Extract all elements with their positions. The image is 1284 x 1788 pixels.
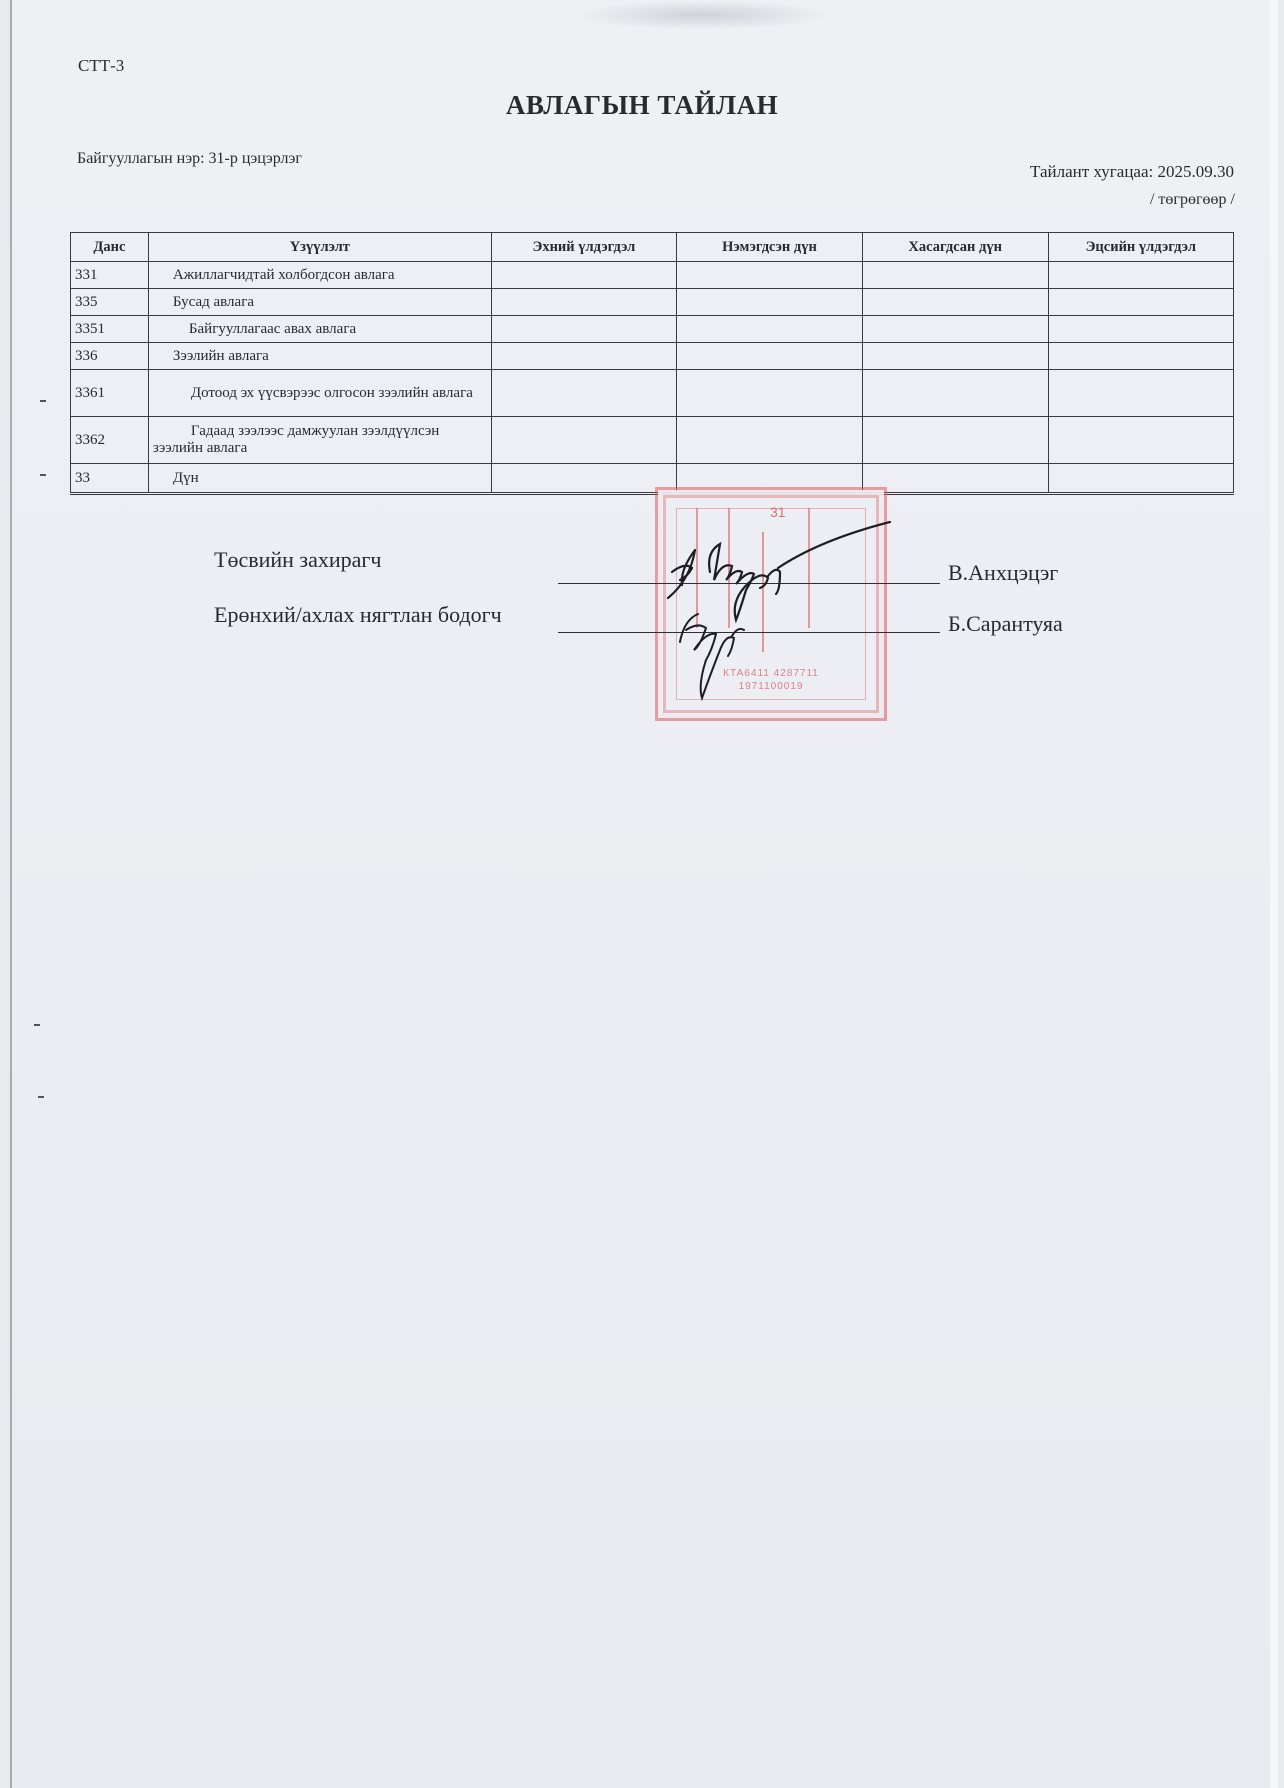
signatory-name-2: Б.Сарантуяа [948,611,1063,637]
opening-cell [491,262,676,289]
receivables-table: Данс Үзүүлэлт Эхний үлдэгдэл Нэмэгдсэн д… [70,232,1234,495]
table-total-row: 33 Дүн [71,464,1234,494]
added-cell [677,343,863,370]
description-cell: Гадаад зээлээс дамжуулан зээлдүүлсэн зээ… [148,417,491,464]
table-row: 331 Ажиллагчидтай холбогдсон авлага [71,262,1234,289]
account-cell: 3351 [71,316,149,343]
closing-cell [1048,370,1233,417]
deducted-cell [862,370,1048,417]
added-cell [677,289,863,316]
closing-cell [1048,417,1233,464]
header-account: Данс [71,233,149,262]
deducted-cell [862,262,1048,289]
closing-cell [1048,464,1233,494]
opening-cell [491,343,676,370]
header-opening: Эхний үлдэгдэл [491,233,676,262]
description-cell: Ажиллагчидтай холбогдсон авлага [148,262,491,289]
opening-cell [491,289,676,316]
account-cell: 335 [71,289,149,316]
added-cell [677,316,863,343]
deducted-cell [862,289,1048,316]
opening-cell [491,417,676,464]
signatory-name-1: В.Анхцэцэг [948,560,1058,586]
official-stamp: 31 КТА6411 4287711 1971100019 [655,487,887,721]
deducted-cell [862,343,1048,370]
currency-unit: / төгрөгөөр / [1150,191,1235,209]
table-row: 3362 Гадаад зээлээс дамжуулан зээлдүүлсэ… [71,417,1234,464]
stamp-script-column [762,532,774,652]
stamp-script-column [728,508,740,628]
description-cell: Дотоод эх үүсвэрээс олгосон зээлийн авла… [148,370,491,417]
description-cell: Бусад авлага [148,289,491,316]
signatory-role-1: Төсвийн захирагч [214,547,382,573]
stamp-script-column [696,508,708,628]
account-cell: 331 [71,262,149,289]
header-closing: Эцсийн үлдэгдэл [1048,233,1233,262]
table-row: 3351 Байгууллагаас авах авлага [71,316,1234,343]
form-code: СТТ-3 [78,56,124,76]
stamp-code-1: КТА6411 4287711 [658,668,884,679]
scan-artifact [40,474,46,476]
description-cell: Зээлийн авлага [148,343,491,370]
scan-smudge [572,0,832,30]
deducted-cell [862,464,1048,494]
table-row: 335 Бусад авлага [71,289,1234,316]
account-cell: 336 [71,343,149,370]
opening-cell [491,370,676,417]
closing-cell [1048,316,1233,343]
opening-cell [491,316,676,343]
account-cell: 33 [71,464,149,494]
signature-line-1 [558,583,940,584]
stamp-number: 31 [770,504,786,520]
deducted-cell [862,417,1048,464]
page-edge [1270,0,1278,1788]
description-cell: Дүн [148,464,491,494]
closing-cell [1048,262,1233,289]
report-period: Тайлант хугацаа: 2025.09.30 [1030,162,1234,182]
scan-artifact [40,400,46,402]
table-header-row: Данс Үзүүлэлт Эхний үлдэгдэл Нэмэгдсэн д… [71,233,1234,262]
table-row: 3361 Дотоод эх үүсвэрээс олгосон зээлийн… [71,370,1234,417]
added-cell [677,262,863,289]
deducted-cell [862,316,1048,343]
added-cell [677,417,863,464]
header-deducted: Хасагдсан дүн [862,233,1048,262]
added-cell [677,370,863,417]
header-description: Үзүүлэлт [148,233,491,262]
scan-artifact [34,1024,40,1026]
stamp-script-column [808,508,820,628]
closing-cell [1048,343,1233,370]
table-row: 336 Зээлийн авлага [71,343,1234,370]
header-added: Нэмэгдсэн дүн [677,233,863,262]
organization-name: Байгууллагын нэр: 31-р цэцэрлэг [77,150,302,168]
closing-cell [1048,289,1233,316]
scan-artifact [38,1096,44,1098]
account-cell: 3361 [71,370,149,417]
signatory-role-2: Ерөнхий/ахлах нягтлан бодогч [214,602,502,628]
opening-cell [491,464,676,494]
signature-line-2 [558,632,940,633]
description-cell: Байгууллагаас авах авлага [148,316,491,343]
account-cell: 3362 [71,417,149,464]
stamp-code-2: 1971100019 [658,681,884,692]
report-title: АВЛАГЫН ТАЙЛАН [0,90,1284,121]
